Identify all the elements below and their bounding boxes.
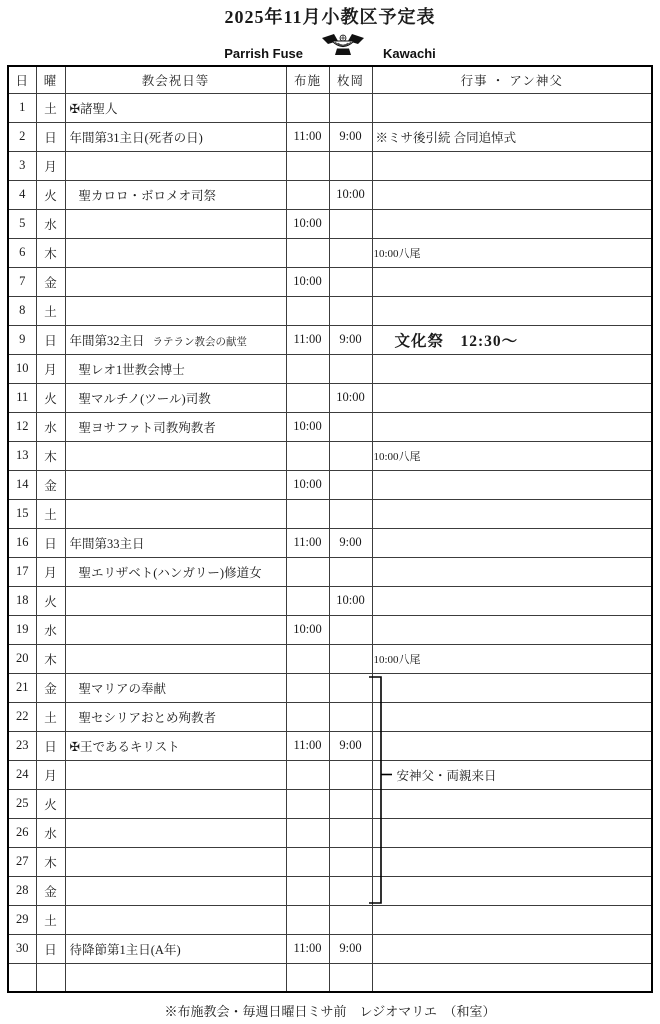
cell-feast	[65, 644, 286, 673]
cell-feast	[65, 296, 286, 325]
cell-fuse-time	[286, 296, 329, 325]
table-row: 1土✠諸聖人	[8, 93, 652, 122]
cell-fuse-time	[286, 963, 329, 992]
cell-hiraoka-time	[329, 238, 372, 267]
cell-weekday: 土	[36, 93, 65, 122]
cell-feast	[65, 586, 286, 615]
cell-event	[372, 673, 652, 702]
cell-event	[372, 296, 652, 325]
cell-feast	[65, 818, 286, 847]
cell-hiraoka-time	[329, 267, 372, 296]
cell-day: 14	[8, 470, 36, 499]
cell-hiraoka-time	[329, 93, 372, 122]
cell-day: 3	[8, 151, 36, 180]
cell-day: 6	[8, 238, 36, 267]
cell-event	[372, 818, 652, 847]
feast-text: 年間第33主日	[70, 537, 145, 551]
cell-feast: 聖カロロ・ボロメオ司祭	[65, 180, 286, 209]
cell-weekday: 木	[36, 847, 65, 876]
header-weekday: 曜	[36, 66, 65, 93]
table-row: 8土	[8, 296, 652, 325]
cell-fuse-time	[286, 586, 329, 615]
cell-event	[372, 557, 652, 586]
table-row: 25火	[8, 789, 652, 818]
header-feast: 教会祝日等	[65, 66, 286, 93]
cell-day: 10	[8, 354, 36, 383]
cell-day: 17	[8, 557, 36, 586]
cell-weekday: 水	[36, 209, 65, 238]
cell-fuse-time	[286, 905, 329, 934]
table-row: 7金10:00	[8, 267, 652, 296]
page-title: 2025年11月小教区予定表	[0, 3, 660, 29]
cell-day: 5	[8, 209, 36, 238]
cell-hiraoka-time: 9:00	[329, 122, 372, 151]
header-hiraoka: 枚岡	[329, 66, 372, 93]
cell-event	[372, 209, 652, 238]
cell-fuse-time	[286, 180, 329, 209]
cell-hiraoka-time	[329, 412, 372, 441]
cell-event	[372, 412, 652, 441]
cell-hiraoka-time: 10:00	[329, 586, 372, 615]
cell-day: 1	[8, 93, 36, 122]
cell-weekday: 木	[36, 238, 65, 267]
cell-fuse-time: 10:00	[286, 615, 329, 644]
table-row: 20木10:00八尾	[8, 644, 652, 673]
cell-hiraoka-time	[329, 470, 372, 499]
cell-weekday: 金	[36, 876, 65, 905]
table-row: 22土聖セシリアおとめ殉教者	[8, 702, 652, 731]
cell-fuse-time	[286, 238, 329, 267]
cell-day: 22	[8, 702, 36, 731]
schedule-page: { "title": "2025年11月小教区予定表", "subtitle":…	[0, 0, 660, 1024]
cell-feast: 聖ヨサファト司教殉教者	[65, 412, 286, 441]
cell-day: 7	[8, 267, 36, 296]
cell-feast: 待降節第1主日(A年)	[65, 934, 286, 963]
cell-fuse-time	[286, 818, 329, 847]
parish-subtitle: Parrish Fuse Kawachi	[0, 33, 660, 61]
cell-hiraoka-time	[329, 644, 372, 673]
table-row: 6木10:00八尾	[8, 238, 652, 267]
cell-fuse-time: 11:00	[286, 731, 329, 760]
cell-feast: 聖マルチノ(ツール)司教	[65, 383, 286, 412]
cell-weekday: 土	[36, 296, 65, 325]
cell-hiraoka-time	[329, 673, 372, 702]
cell-fuse-time	[286, 644, 329, 673]
parish-left-label: Parrish Fuse	[224, 46, 303, 61]
cell-feast: 聖レオ1世教会博士	[65, 354, 286, 383]
cell-day: 11	[8, 383, 36, 412]
cell-feast: 聖エリザベト(ハンガリー)修道女	[65, 557, 286, 586]
cell-weekday: 日	[36, 528, 65, 557]
cell-day: 19	[8, 615, 36, 644]
cell-day: 27	[8, 847, 36, 876]
cell-weekday: 日	[36, 325, 65, 354]
cell-hiraoka-time	[329, 209, 372, 238]
cell-feast	[65, 470, 286, 499]
cell-feast	[65, 905, 286, 934]
cell-event	[372, 731, 652, 760]
cell-fuse-time	[286, 383, 329, 412]
cell-feast	[65, 876, 286, 905]
cell-event	[372, 180, 652, 209]
cell-fuse-time	[286, 789, 329, 818]
table-row: 24月安神父・両親来日	[8, 760, 652, 789]
cell-day: 28	[8, 876, 36, 905]
cell-weekday: 火	[36, 789, 65, 818]
footer-note: ※布施教会・毎週日曜日ミサ前 レジオマリエ （和室）	[0, 1001, 660, 1020]
feast-text: 年間第31主日(死者の日)	[70, 131, 203, 145]
cell-event	[372, 586, 652, 615]
cell-hiraoka-time	[329, 557, 372, 586]
schedule-table: 日 曜 教会祝日等 布施 枚岡 行事 ・ アン神父 1土✠諸聖人2日年間第31主…	[7, 65, 653, 993]
cell-weekday: 木	[36, 644, 65, 673]
cell-feast	[65, 151, 286, 180]
cell-weekday: 水	[36, 615, 65, 644]
table-row: 16日年間第33主日11:009:00	[8, 528, 652, 557]
cell-fuse-time: 11:00	[286, 934, 329, 963]
cell-feast: ✠王であるキリスト	[65, 731, 286, 760]
cell-event: 10:00八尾	[372, 441, 652, 470]
cell-feast	[65, 760, 286, 789]
table-row: 29土	[8, 905, 652, 934]
cell-event: 10:00八尾	[372, 644, 652, 673]
cell-feast: 聖セシリアおとめ殉教者	[65, 702, 286, 731]
cell-weekday: 火	[36, 586, 65, 615]
table-row: 11火聖マルチノ(ツール)司教10:00	[8, 383, 652, 412]
feast-text: 聖カロロ・ボロメオ司祭	[79, 189, 217, 203]
cell-feast	[65, 499, 286, 528]
cell-event	[372, 963, 652, 992]
cell-weekday: 日	[36, 731, 65, 760]
cell-weekday: 月	[36, 354, 65, 383]
table-row: 21金聖マリアの奉献	[8, 673, 652, 702]
cell-feast	[65, 238, 286, 267]
schedule-table-body: 1土✠諸聖人2日年間第31主日(死者の日)11:009:00※ミサ後引続 合同追…	[8, 93, 652, 992]
cell-event: 10:00八尾	[372, 238, 652, 267]
table-row: 17月聖エリザベト(ハンガリー)修道女	[8, 557, 652, 586]
cell-hiraoka-time	[329, 702, 372, 731]
cell-hiraoka-time: 10:00	[329, 383, 372, 412]
cell-event	[372, 151, 652, 180]
cell-feast: 年間第31主日(死者の日)	[65, 122, 286, 151]
cell-fuse-time	[286, 354, 329, 383]
cell-feast: 年間第33主日	[65, 528, 286, 557]
feast-text: 聖マリアの奉献	[79, 682, 167, 696]
cell-event	[372, 267, 652, 296]
cell-event	[372, 789, 652, 818]
header-events: 行事 ・ アン神父	[372, 66, 652, 93]
cell-fuse-time: 10:00	[286, 209, 329, 238]
header-day: 日	[8, 66, 36, 93]
table-row	[8, 963, 652, 992]
table-row: 26水	[8, 818, 652, 847]
cell-weekday: 木	[36, 441, 65, 470]
cell-weekday: 金	[36, 673, 65, 702]
cell-feast	[65, 963, 286, 992]
cell-weekday: 日	[36, 122, 65, 151]
cell-fuse-time	[286, 673, 329, 702]
table-row: 15土	[8, 499, 652, 528]
feast-text: 聖エリザベト(ハンガリー)修道女	[79, 566, 262, 580]
cell-day: 15	[8, 499, 36, 528]
cell-hiraoka-time	[329, 151, 372, 180]
table-row: 18火10:00	[8, 586, 652, 615]
cell-day: 18	[8, 586, 36, 615]
cell-weekday: 日	[36, 934, 65, 963]
cell-event	[372, 470, 652, 499]
cell-day: 4	[8, 180, 36, 209]
cell-weekday: 金	[36, 267, 65, 296]
cell-weekday: 水	[36, 818, 65, 847]
cell-hiraoka-time: 9:00	[329, 731, 372, 760]
table-row: 5水10:00	[8, 209, 652, 238]
table-header-row: 日 曜 教会祝日等 布施 枚岡 行事 ・ アン神父	[8, 66, 652, 93]
cell-weekday	[36, 963, 65, 992]
cell-event	[372, 499, 652, 528]
cell-feast	[65, 267, 286, 296]
cell-feast	[65, 209, 286, 238]
cell-fuse-time	[286, 557, 329, 586]
cell-fuse-time: 10:00	[286, 470, 329, 499]
cell-hiraoka-time	[329, 847, 372, 876]
cell-day: 20	[8, 644, 36, 673]
cell-day: 12	[8, 412, 36, 441]
cell-day: 21	[8, 673, 36, 702]
cell-day: 16	[8, 528, 36, 557]
cell-weekday: 火	[36, 180, 65, 209]
cell-event	[372, 905, 652, 934]
table-row: 4火聖カロロ・ボロメオ司祭10:00	[8, 180, 652, 209]
cell-event: ※ミサ後引続 合同追悼式	[372, 122, 652, 151]
cell-fuse-time	[286, 441, 329, 470]
cell-weekday: 月	[36, 151, 65, 180]
table-row: 14金10:00	[8, 470, 652, 499]
cell-weekday: 月	[36, 557, 65, 586]
cell-hiraoka-time: 9:00	[329, 325, 372, 354]
cell-event	[372, 702, 652, 731]
table-row: 10月聖レオ1世教会博士	[8, 354, 652, 383]
feast-text: 聖ヨサファト司教殉教者	[79, 421, 216, 435]
cell-event	[372, 847, 652, 876]
cell-hiraoka-time: 9:00	[329, 934, 372, 963]
cell-weekday: 金	[36, 470, 65, 499]
cell-event	[372, 876, 652, 905]
feast-subtext: ラテラン教会の献堂	[153, 337, 248, 348]
table-row: 2日年間第31主日(死者の日)11:009:00※ミサ後引続 合同追悼式	[8, 122, 652, 151]
table-row: 23日✠王であるキリスト11:009:00	[8, 731, 652, 760]
cell-day: 24	[8, 760, 36, 789]
table-row: 3月	[8, 151, 652, 180]
cell-day: 30	[8, 934, 36, 963]
cell-hiraoka-time	[329, 760, 372, 789]
cell-weekday: 火	[36, 383, 65, 412]
feast-text: 聖マルチノ(ツール)司教	[79, 392, 211, 406]
feast-text: 年間第32主日	[70, 334, 145, 348]
parish-right-label: Kawachi	[383, 46, 436, 61]
cell-day: 29	[8, 905, 36, 934]
cell-feast	[65, 789, 286, 818]
feast-text: ✠王であるキリスト	[70, 740, 180, 754]
cell-fuse-time	[286, 876, 329, 905]
cell-fuse-time	[286, 93, 329, 122]
feast-text: 聖レオ1世教会博士	[79, 363, 185, 377]
cell-day: 2	[8, 122, 36, 151]
cell-hiraoka-time	[329, 499, 372, 528]
feast-text: 聖セシリアおとめ殉教者	[79, 711, 217, 725]
cell-hiraoka-time	[329, 963, 372, 992]
table-row: 9日年間第32主日ラテラン教会の献堂11:009:00文化祭 12:30～	[8, 325, 652, 354]
cell-hiraoka-time	[329, 876, 372, 905]
cell-hiraoka-time	[329, 354, 372, 383]
cell-event	[372, 354, 652, 383]
cell-event: 安神父・両親来日	[372, 760, 652, 789]
cell-hiraoka-time	[329, 296, 372, 325]
table-row: 12水聖ヨサファト司教殉教者10:00	[8, 412, 652, 441]
feast-text: 待降節第1主日(A年)	[70, 943, 181, 957]
cell-fuse-time	[286, 847, 329, 876]
cell-fuse-time	[286, 151, 329, 180]
cell-fuse-time: 11:00	[286, 528, 329, 557]
cell-feast	[65, 441, 286, 470]
cell-weekday: 土	[36, 905, 65, 934]
cell-fuse-time: 10:00	[286, 412, 329, 441]
cell-hiraoka-time	[329, 441, 372, 470]
cell-weekday: 水	[36, 412, 65, 441]
cell-day: 8	[8, 296, 36, 325]
cell-fuse-time: 11:00	[286, 122, 329, 151]
cell-feast: ✠諸聖人	[65, 93, 286, 122]
cell-fuse-time: 11:00	[286, 325, 329, 354]
cell-event: 文化祭 12:30～	[372, 325, 652, 354]
cell-hiraoka-time	[329, 818, 372, 847]
cell-hiraoka-time: 10:00	[329, 180, 372, 209]
cell-feast: 聖マリアの奉献	[65, 673, 286, 702]
cell-day	[8, 963, 36, 992]
cell-day: 26	[8, 818, 36, 847]
cell-fuse-time	[286, 702, 329, 731]
cell-hiraoka-time	[329, 615, 372, 644]
table-row: 19水10:00	[8, 615, 652, 644]
cell-hiraoka-time	[329, 905, 372, 934]
table-row: 13木10:00八尾	[8, 441, 652, 470]
header-fuse: 布施	[286, 66, 329, 93]
cell-event	[372, 615, 652, 644]
cell-day: 23	[8, 731, 36, 760]
cell-event	[372, 93, 652, 122]
cell-weekday: 土	[36, 499, 65, 528]
table-row: 28金	[8, 876, 652, 905]
cell-fuse-time	[286, 499, 329, 528]
feast-text: ✠諸聖人	[70, 102, 118, 116]
cell-fuse-time: 10:00	[286, 267, 329, 296]
cell-hiraoka-time: 9:00	[329, 528, 372, 557]
cell-feast	[65, 615, 286, 644]
cell-feast: 年間第32主日ラテラン教会の献堂	[65, 325, 286, 354]
table-row: 27木	[8, 847, 652, 876]
cell-weekday: 月	[36, 760, 65, 789]
cell-day: 13	[8, 441, 36, 470]
cell-hiraoka-time	[329, 789, 372, 818]
cell-event	[372, 934, 652, 963]
cell-feast	[65, 847, 286, 876]
cell-fuse-time	[286, 760, 329, 789]
cell-event	[372, 528, 652, 557]
cell-day: 25	[8, 789, 36, 818]
chalice-logo-icon	[321, 33, 365, 62]
cell-weekday: 土	[36, 702, 65, 731]
table-row: 30日待降節第1主日(A年)11:009:00	[8, 934, 652, 963]
cell-event	[372, 383, 652, 412]
cell-day: 9	[8, 325, 36, 354]
